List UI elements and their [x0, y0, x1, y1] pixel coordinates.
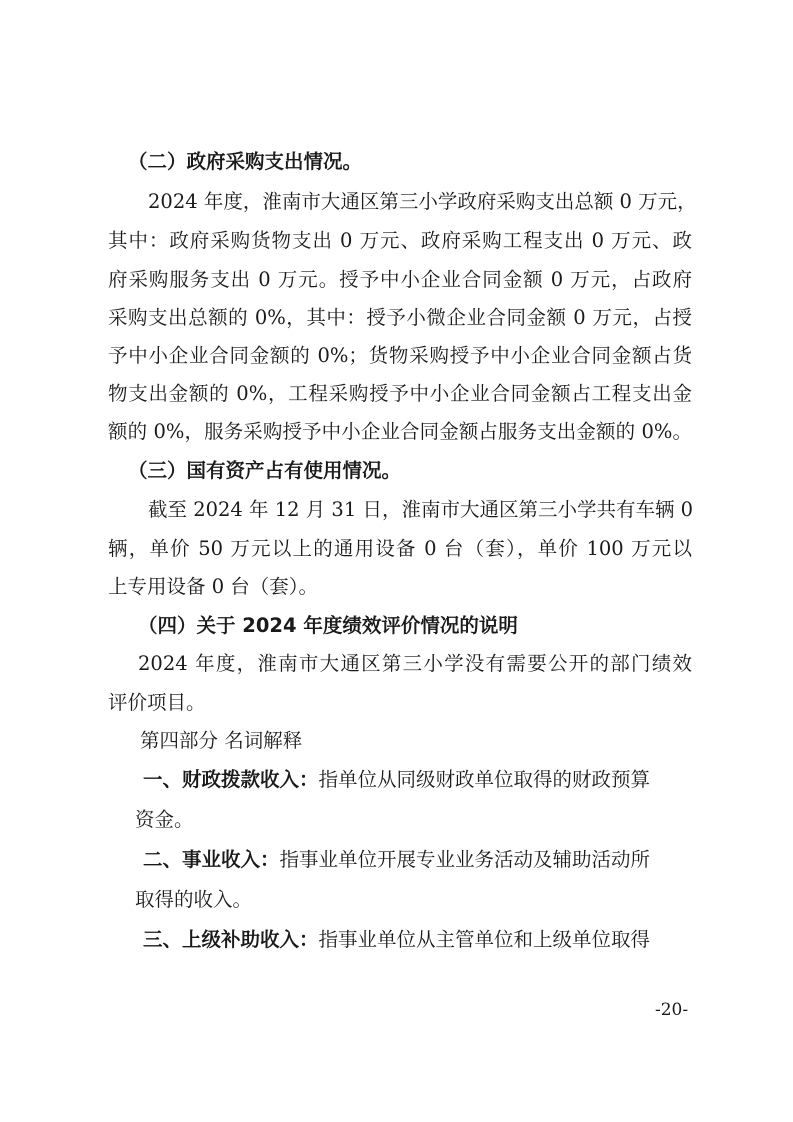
paragraph-line: 额的 0%，服务采购授予中小企业合同金额占服务支出金额的 0%。 [108, 420, 692, 444]
paragraph-line: 评价项目。 [108, 691, 692, 715]
glossary-definition: 指事业单位从主管单位和上级单位取得 [319, 928, 651, 951]
paragraph-line: 截至 2024 年 12 月 31 日，淮南市大通区第三小学共有车辆 0 [148, 498, 692, 522]
glossary-term: 一、财政拨款收入： [143, 768, 319, 791]
section-heading-procurement: （二）政府采购支出情况。 [128, 150, 712, 174]
glossary-item: 三、上级补助收入：指事业单位从主管单位和上级单位取得 [143, 928, 727, 952]
paragraph-line: 上专用设备 0 台（套）。 [108, 575, 692, 599]
paragraph-line: 其中：政府采购货物支出 0 万元、政府采购工程支出 0 万元、政 [108, 229, 692, 253]
paragraph-line: 物支出金额的 0%，工程采购授予中小企业合同金额占工程支出金 [108, 382, 692, 406]
paragraph-line: 2024 年度，淮南市大通区第三小学政府采购支出总额 0 万元， [148, 190, 692, 214]
part-heading-glossary: 第四部分 名词解释 [140, 729, 724, 753]
glossary-term: 二、事业收入： [143, 848, 280, 871]
page-number: -20- [655, 1000, 688, 1020]
paragraph-line: 府采购服务支出 0 万元。授予中小企业合同金额 0 万元，占政府 [108, 268, 692, 292]
glossary-continuation: 资金。 [135, 808, 719, 832]
paragraph-line: 采购支出总额的 0%，其中：授予小微企业合同金额 0 万元，占授 [108, 306, 692, 330]
glossary-continuation: 取得的收入。 [135, 888, 719, 912]
paragraph-line: 2024 年度，淮南市大通区第三小学没有需要公开的部门绩效 [138, 652, 692, 676]
document-page: （二）政府采购支出情况。 2024 年度，淮南市大通区第三小学政府采购支出总额 … [0, 0, 793, 1122]
glossary-definition: 指单位从同级财政单位取得的财政预算 [319, 768, 651, 791]
paragraph-line: 辆，单价 50 万元以上的通用设备 0 台（套），单价 100 万元以 [108, 537, 692, 561]
paragraph-line: 予中小企业合同金额的 0%；货物采购授予中小企业合同金额占货 [108, 344, 692, 368]
section-heading-assets: （三）国有资产占有使用情况。 [128, 459, 712, 483]
glossary-item: 二、事业收入：指事业单位开展专业业务活动及辅助活动所 [143, 848, 727, 872]
glossary-term: 三、上级补助收入： [143, 928, 319, 951]
glossary-definition: 指事业单位开展专业业务活动及辅助活动所 [280, 848, 651, 871]
glossary-item: 一、财政拨款收入：指单位从同级财政单位取得的财政预算 [143, 768, 727, 792]
section-heading-performance: （四）关于 2024 年度绩效评价情况的说明 [138, 614, 722, 638]
